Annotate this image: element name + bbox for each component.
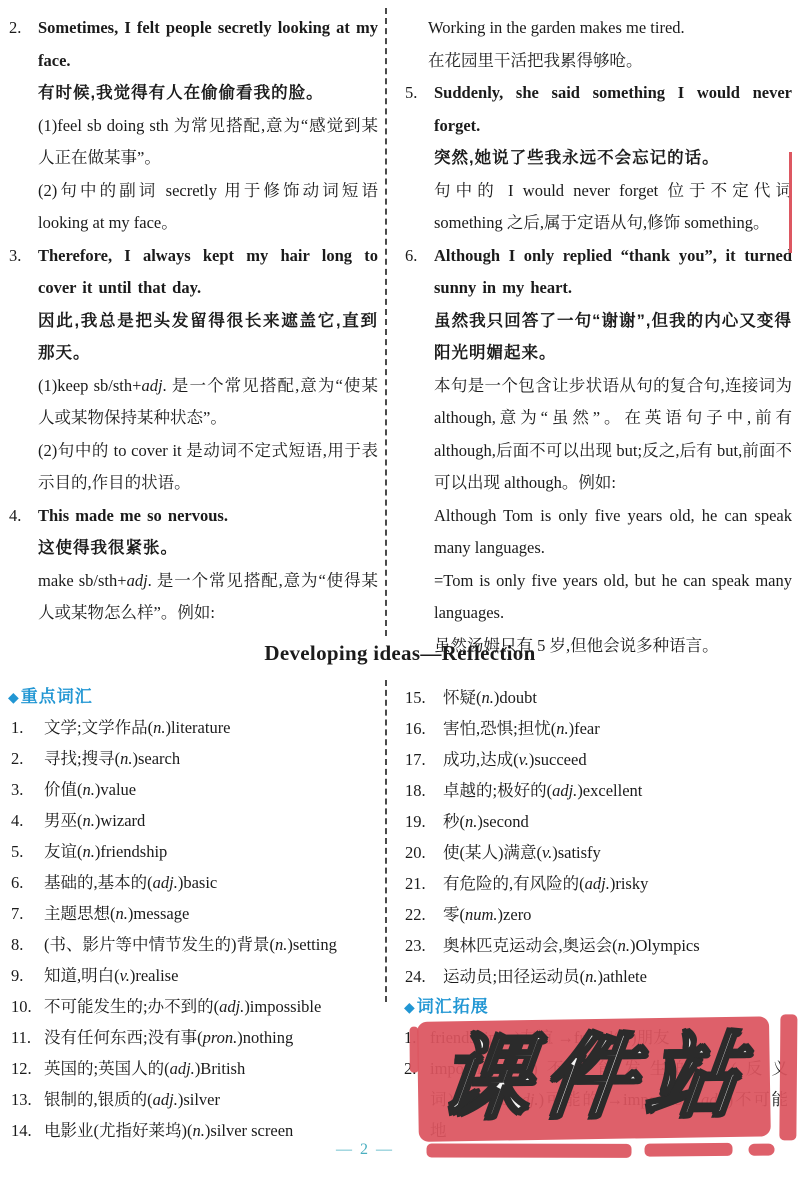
stamp-border-right [779, 1014, 797, 1140]
vocab-item: 15.怀疑(n.)doubt [404, 682, 794, 713]
vocab-text: 银制的,银质的(adj.)silver [44, 1090, 220, 1109]
vocab-text: 零(num.)zero [443, 905, 531, 924]
vocab-text: 成功,达成(v.)succeed [443, 750, 587, 769]
vocab-item: 23.奥林匹克运动会,奥运会(n.)Olympics [404, 930, 794, 961]
note-explanation: (1)feel sb doing sth 为常见搭配,意为“感觉到某人正在做某事… [38, 110, 378, 175]
vocab-text: 英国的;英国人的(adj.)British [44, 1059, 245, 1078]
note-explanation: make sb/sth+adj. 是一个常见搭配,意为“使得某人或某物怎么样”。… [38, 565, 378, 630]
stamp-border-left [409, 1027, 418, 1073]
note-translation-zh: 突然,她说了些我永远不会忘记的话。 [434, 142, 792, 175]
vocab-item: 9.知道,明白(v.)realise [8, 960, 380, 991]
vocab-text: 害怕,恐惧;担忧(n.)fear [443, 719, 600, 738]
vocab-text: 主题思想(n.)message [44, 904, 189, 923]
stamp-border-bottom [644, 1143, 732, 1157]
vocab-number: 9. [11, 960, 23, 991]
vocab-number: 5. [11, 836, 23, 867]
vocab-text: 有危险的,有风险的(adj.)risky [443, 874, 648, 893]
note-number: 6. [405, 240, 417, 273]
vocab-text: 秒(n.)second [443, 812, 529, 831]
note-translation-zh: 因此,我总是把头发留得很长来遮盖它,直到那天。 [38, 305, 378, 370]
vocab-text: 不可能发生的;办不到的(adj.)impossible [44, 997, 321, 1016]
vocab-text: 男巫(n.)wizard [44, 811, 145, 830]
note-example-zh: 在花园里干活把我累得够呛。 [428, 45, 792, 78]
vocab-item: 18.卓越的;极好的(adj.)excellent [404, 775, 794, 806]
vocab-text: 卓越的;极好的(adj.)excellent [443, 781, 642, 800]
note-number: 4. [9, 500, 21, 533]
vocab-text: 寻找;搜寻(n.)search [44, 749, 180, 768]
vocab-item: 22.零(num.)zero [404, 899, 794, 930]
vocab-item: 12.英国的;英国人的(adj.)British [8, 1053, 380, 1084]
note-item-5: 5. Suddenly, she said something I would … [404, 77, 792, 240]
vocab-number: 20. [405, 837, 426, 868]
vocab-text: 奥林匹克运动会,奥运会(n.)Olympics [443, 936, 700, 955]
red-edge-mark [789, 152, 792, 253]
note-sentence-en: Suddenly, she said something I would nev… [434, 77, 792, 142]
vocab-text: 价值(n.)value [44, 780, 136, 799]
vocab-item: 13.银制的,银质的(adj.)silver [8, 1084, 380, 1115]
vocab-item: 8.(书、影片等中情节发生的)背景(n.)setting [8, 929, 380, 960]
key-vocab-header-label: 重点词汇 [21, 687, 93, 706]
note-example-continuation: Working in the garden makes me tired. 在花… [404, 12, 792, 77]
vocab-number: 21. [405, 868, 426, 899]
vocab-text: 怀疑(n.)doubt [443, 688, 537, 707]
note-explanation: 本句是一个包含让步状语从句的复合句,连接词为 although,意为“虽然”。在… [434, 370, 792, 500]
vocab-number: 13. [11, 1084, 32, 1115]
vocab-text: 运动员;田径运动员(n.)athlete [443, 967, 647, 986]
vocab-item: 16.害怕,恐惧;担忧(n.)fear [404, 713, 794, 744]
vocab-number: 11. [11, 1022, 31, 1053]
vocab-left-column: ◆重点词汇 1.文学;文学作品(n.)literature 2.寻找;搜寻(n.… [8, 682, 380, 1146]
note-number: 2. [9, 12, 21, 45]
vocab-number: 6. [11, 867, 23, 898]
vocab-number: 2. [11, 743, 23, 774]
vocab-item: 1.文学;文学作品(n.)literature [8, 712, 380, 743]
vocab-text: 没有任何东西;没有事(pron.)nothing [44, 1028, 293, 1047]
vocab-number: 15. [405, 682, 426, 713]
column-divider-vocab [385, 680, 387, 1002]
note-sentence-en: Sometimes, I felt people secretly lookin… [38, 12, 378, 77]
diamond-icon: ◆ [8, 689, 20, 705]
note-example-en: Working in the garden makes me tired. [428, 12, 792, 45]
note-sentence-en: Therefore, I always kept my hair long to… [38, 240, 378, 305]
notes-left-column: 2. Sometimes, I felt people secretly loo… [8, 12, 378, 630]
vocab-text: 基础的,基本的(adj.)basic [44, 873, 217, 892]
vocab-number: 19. [405, 806, 426, 837]
vocab-number: 10. [11, 991, 32, 1022]
vocab-number: 1. [11, 712, 23, 743]
vocab-text: 知道,明白(v.)realise [44, 966, 178, 985]
vocab-item: 11.没有任何东西;没有事(pron.)nothing [8, 1022, 380, 1053]
note-explanation: (2)句中的副词 secretly 用于修饰动词短语 looking at my… [38, 175, 378, 240]
stamp-border-bottom [427, 1143, 632, 1157]
vocab-number: 24. [405, 961, 426, 992]
note-translation-zh: 这使得我很紧张。 [38, 532, 378, 565]
note-example-en: Although Tom is only five years old, he … [434, 500, 792, 565]
vocab-number: 8. [11, 929, 23, 960]
note-explanation: (2)句中的 to cover it 是动词不定式短语,用于表示目的,作目的状语… [38, 435, 378, 500]
vocab-item: 3.价值(n.)value [8, 774, 380, 805]
vocab-item: 19.秒(n.)second [404, 806, 794, 837]
vocab-item: 6.基础的,基本的(adj.)basic [8, 867, 380, 898]
vocab-text: 友谊(n.)friendship [44, 842, 167, 861]
vocab-number: 17. [405, 744, 426, 775]
note-example-en: =Tom is only five years old, but he can … [434, 565, 792, 630]
note-item-4: 4. This made me so nervous. 这使得我很紧张。 mak… [8, 500, 378, 630]
notes-right-column: Working in the garden makes me tired. 在花… [404, 12, 792, 662]
note-item-6: 6. Although I only replied “thank you”, … [404, 240, 792, 663]
vocab-number: 3. [11, 774, 23, 805]
vocab-item: 10.不可能发生的;办不到的(adj.)impossible [8, 991, 380, 1022]
vocab-text: 电影业(尤指好莱坞)(n.)silver screen [44, 1121, 293, 1140]
note-translation-zh: 有时候,我觉得有人在偷偷看我的脸。 [38, 77, 378, 110]
vocab-text: 文学;文学作品(n.)literature [44, 718, 231, 737]
note-item-2: 2. Sometimes, I felt people secretly loo… [8, 12, 378, 240]
vocab-number: 23. [405, 930, 426, 961]
vocab-item: 24.运动员;田径运动员(n.)athlete [404, 961, 794, 992]
vocab-number: 22. [405, 899, 426, 930]
stamp-text: 课件站 [415, 1020, 774, 1137]
vocab-text: (书、影片等中情节发生的)背景(n.)setting [44, 935, 337, 954]
stamp-border-bottom [748, 1144, 774, 1156]
diamond-icon: ◆ [404, 999, 416, 1015]
vocab-number: 18. [405, 775, 426, 806]
column-divider-top [385, 8, 387, 636]
key-vocab-header: ◆重点词汇 [8, 682, 380, 712]
vocab-item: 7.主题思想(n.)message [8, 898, 380, 929]
vocab-item: 4.男巫(n.)wizard [8, 805, 380, 836]
vocab-text: 使(某人)满意(v.)satisfy [443, 843, 601, 862]
vocab-number: 4. [11, 805, 23, 836]
note-sentence-en: Although I only replied “thank you”, it … [434, 240, 792, 305]
vocab-number: 7. [11, 898, 23, 929]
vocab-item: 2.寻找;搜寻(n.)search [8, 743, 380, 774]
note-explanation: (1)keep sb/sth+adj. 是一个常见搭配,意为“使某人或某物保持某… [38, 370, 378, 435]
note-number: 5. [405, 77, 417, 110]
vocab-item: 5.友谊(n.)friendship [8, 836, 380, 867]
vocab-number: 16. [405, 713, 426, 744]
vocab-number: 12. [11, 1053, 32, 1084]
section-heading: Developing ideas—Reflection [0, 641, 800, 666]
note-translation-zh: 虽然我只回答了一句“谢谢”,但我的内心又变得阳光明媚起来。 [434, 305, 792, 370]
vocab-item: 17.成功,达成(v.)succeed [404, 744, 794, 775]
note-number: 3. [9, 240, 21, 273]
vocab-item: 21.有危险的,有风险的(adj.)risky [404, 868, 794, 899]
watermark-stamp: 课件站 [409, 1011, 798, 1168]
note-item-3: 3. Therefore, I always kept my hair long… [8, 240, 378, 500]
vocab-item: 20.使(某人)满意(v.)satisfy [404, 837, 794, 868]
note-sentence-en: This made me so nervous. [38, 500, 378, 533]
note-explanation: 句中的 I would never forget 位于不定代词 somethin… [434, 175, 792, 240]
